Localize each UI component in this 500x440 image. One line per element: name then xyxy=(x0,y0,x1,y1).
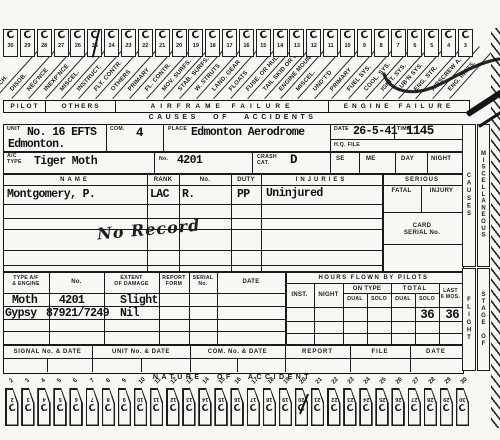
bottom-tab-19: 19C xyxy=(279,388,293,426)
date-label: DATE xyxy=(334,127,349,133)
top-tab-17: C17 xyxy=(222,29,237,57)
inst-header: INST. xyxy=(285,292,314,299)
injuries-header: INJURIES xyxy=(261,177,382,184)
punch-crescent-icon: C xyxy=(407,29,422,43)
grid-line xyxy=(141,358,142,372)
top-tab-number: 7 xyxy=(392,43,405,49)
bottom-tab-inverted-number: 30 xyxy=(457,396,468,402)
hq-file-label: H.Q. FILE xyxy=(334,143,360,149)
group-airframe-failure: AIRFRAME FAILURE xyxy=(115,100,330,113)
punch-crescent-icon: C xyxy=(247,402,260,415)
top-tab-number: 23 xyxy=(122,43,135,49)
bottom-tab-inner: 14C xyxy=(200,390,211,425)
top-tab-number: 21 xyxy=(156,43,169,49)
punch-crescent-icon: C xyxy=(424,29,439,43)
crash-cat-value: D xyxy=(290,154,297,167)
bottom-tab-inverted-number: 22 xyxy=(329,396,340,402)
person-rank-value: LAC xyxy=(150,189,169,201)
punch-crescent-icon: C xyxy=(376,402,389,415)
injury-header: INJURY xyxy=(421,188,462,195)
bottom-tab-inverted-number: 29 xyxy=(441,396,452,402)
grid-line xyxy=(3,173,462,175)
top-tab-13: C13 xyxy=(289,29,304,57)
grid-line xyxy=(285,271,287,345)
top-tab-7: C7 xyxy=(391,29,406,57)
bottom-tab-inner: 4C xyxy=(39,390,50,425)
top-tab-number: 19 xyxy=(189,43,202,49)
punch-crescent-icon: C xyxy=(306,29,321,43)
bottom-tab-11: 11C xyxy=(150,388,164,426)
bottom-tab-inner: 30C xyxy=(457,390,468,425)
bottom-tab-inner: 7C xyxy=(87,390,98,425)
bottom-tab-inverted-number: 28 xyxy=(425,396,436,402)
fatal-header: FATAL xyxy=(382,188,421,195)
bottom-tab-inverted-number: 2 xyxy=(7,396,18,402)
card-serial-label-1: CARD xyxy=(382,223,462,230)
bottom-tab-15: 15C xyxy=(214,388,228,426)
date-ref-header: DATE xyxy=(410,349,462,356)
top-tab-5: C5 xyxy=(424,29,439,57)
punch-crescent-icon: C xyxy=(340,29,355,43)
top-tab-number: 29 xyxy=(21,43,34,49)
top-tab-number: 26 xyxy=(71,43,84,49)
grid-line xyxy=(285,307,462,308)
top-tab-number: 24 xyxy=(105,43,118,49)
person-injuries-value: Uninjured xyxy=(266,188,323,200)
grid-line xyxy=(285,283,462,284)
grid-line xyxy=(3,331,285,332)
causes-vertical-strip: CAUSES xyxy=(462,124,476,267)
bottom-tab-2: 2C xyxy=(5,388,19,426)
bottom-tab-inverted-number: 8 xyxy=(103,396,114,402)
punch-crescent-icon: C xyxy=(21,402,34,415)
bottom-tab-inverted-number: 5 xyxy=(55,396,66,402)
top-tab-9: C9 xyxy=(357,29,372,57)
punch-crescent-icon: C xyxy=(256,29,271,43)
top-tab-number: 22 xyxy=(139,43,152,49)
bottom-tab-inner: 12C xyxy=(168,390,179,425)
punch-crescent-icon: C xyxy=(272,29,287,43)
total-solo-header: SOLO xyxy=(415,297,439,303)
bottom-tab-inner: 22C xyxy=(329,390,340,425)
punch-crescent-icon: C xyxy=(440,402,453,415)
bottom-tab-inverted-number: 27 xyxy=(409,396,420,402)
bottom-tab-inner: 19C xyxy=(280,390,291,425)
top-tab-30: C30 xyxy=(3,29,18,57)
top-tab-number: 27 xyxy=(55,43,68,49)
bottom-tab-inner: 16C xyxy=(232,390,243,425)
top-tab-number: 10 xyxy=(341,43,354,49)
punch-crescent-icon: C xyxy=(121,29,136,43)
right-edge-punch-stripes xyxy=(491,28,500,428)
bottom-tab-inner: 21C xyxy=(312,390,323,425)
bottom-tab-inner: 2C xyxy=(7,390,18,425)
punch-crescent-icon: C xyxy=(171,29,186,43)
grid-line xyxy=(395,151,396,173)
bottom-tab-8: 8C xyxy=(102,388,116,426)
file-header: FILE xyxy=(350,349,410,356)
ac-type-value: Tiger Moth xyxy=(34,156,97,168)
bottom-tab-27: 27C xyxy=(408,388,422,426)
bottom-tab-22: 22C xyxy=(327,388,341,426)
day-label: DAY xyxy=(401,156,414,163)
bottom-tab-inner: 18C xyxy=(264,390,275,425)
bottom-tab-16: 16C xyxy=(230,388,244,426)
bottom-tab-9: 9C xyxy=(118,388,132,426)
punch-crescent-icon: C xyxy=(138,29,153,43)
punch-crescent-icon: C xyxy=(289,29,304,43)
punch-crescent-icon: C xyxy=(279,402,292,415)
grid-line xyxy=(231,173,232,272)
top-tab-6: C6 xyxy=(407,29,422,57)
person-duty-value: PP xyxy=(237,189,250,201)
top-tab-number: 14 xyxy=(274,43,287,49)
me-label: ME xyxy=(366,156,376,163)
punch-crescent-icon: C xyxy=(327,402,340,415)
bottom-tab-inverted-number: 25 xyxy=(377,396,388,402)
bottom-tab-inverted-number: 19 xyxy=(280,396,291,402)
date-value: 26-5-41 xyxy=(353,126,397,138)
top-tab-4: C4 xyxy=(441,29,456,57)
bottom-tab-13: 13C xyxy=(182,388,196,426)
punch-crescent-icon: C xyxy=(3,29,18,43)
bottom-tab-3: 3C xyxy=(21,388,35,426)
person-name-value: Montgomery, P. xyxy=(7,189,95,201)
bottom-tab-inverted-number: 16 xyxy=(232,396,243,402)
com-value: 4 xyxy=(136,127,143,140)
punch-crescent-icon: C xyxy=(86,402,99,415)
top-tab-number: 3 xyxy=(459,43,472,49)
punch-crescent-icon: C xyxy=(343,402,356,415)
punch-crescent-icon: C xyxy=(205,29,220,43)
top-tab-19: C19 xyxy=(188,29,203,57)
top-tab-11: C11 xyxy=(323,29,338,57)
bottom-tab-12: 12C xyxy=(166,388,180,426)
damage-type-row2: Gypsy xyxy=(5,308,37,320)
top-tab-21: C21 xyxy=(155,29,170,57)
bottom-tab-4: 4C xyxy=(37,388,51,426)
grid-line xyxy=(47,358,48,372)
punch-crescent-icon: C xyxy=(188,29,203,43)
on-type-dual-header: DUAL xyxy=(343,297,367,303)
punch-crescent-icon: C xyxy=(104,29,119,43)
bottom-tab-7: 7C xyxy=(86,388,100,426)
top-tab-number: 18 xyxy=(206,43,219,49)
night-header: NIGHT xyxy=(314,292,343,299)
group-pilot: PILOT xyxy=(3,100,47,113)
crash-cat-label-2: CAT. xyxy=(257,161,269,167)
grid-line xyxy=(106,124,107,151)
top-tab-27: C27 xyxy=(54,29,69,57)
report-header: REPORT xyxy=(285,349,350,356)
bottom-tab-25: 25C xyxy=(375,388,389,426)
top-tab-number: 28 xyxy=(38,43,51,49)
top-tab-3: C3 xyxy=(458,29,473,57)
top-tab-10: C10 xyxy=(340,29,355,57)
se-label: SE xyxy=(336,156,345,163)
bottom-tab-14: 14C xyxy=(198,388,212,426)
extent-header-2: OF DAMAGE xyxy=(104,282,159,288)
bottom-tab-18: 18C xyxy=(263,388,277,426)
top-tab-23: C23 xyxy=(121,29,136,57)
unit-label: UNIT xyxy=(7,127,20,133)
punch-crescent-icon: C xyxy=(456,402,469,415)
top-tab-number: 6 xyxy=(408,43,421,49)
bottom-tab-6: 6C xyxy=(69,388,83,426)
report-form-header-2: FORM xyxy=(159,282,189,288)
punch-crescent-icon: C xyxy=(70,29,85,43)
grid-line xyxy=(3,271,462,273)
hours-title: HOURS FLOWN BY PILOTS xyxy=(285,275,462,282)
causes-of-accidents-title: CAUSES OF ACCIDENTS xyxy=(3,114,462,121)
bottom-tab-5: 5C xyxy=(53,388,67,426)
last-6-mos-value: 36 xyxy=(440,309,459,322)
punch-crescent-icon: C xyxy=(374,29,389,43)
damage-no-row2: 87921/7249 xyxy=(46,308,109,320)
grid-line xyxy=(3,151,462,153)
top-tab-15: C15 xyxy=(256,29,271,57)
top-tab-8: C8 xyxy=(374,29,389,57)
ac-no-value: 4201 xyxy=(177,155,202,167)
top-tab-number: 11 xyxy=(324,43,337,49)
damage-extent-row2: Nil xyxy=(120,308,139,320)
person-no-value: R. xyxy=(182,189,195,201)
punch-crescent-icon: C xyxy=(54,402,67,415)
last-6-mos-header-2: 6 MOS. xyxy=(439,295,462,301)
top-tab-number: 9 xyxy=(358,43,371,49)
name-header: NAME xyxy=(3,177,147,184)
punch-crescent-icon: C xyxy=(222,29,237,43)
com-label: COM. xyxy=(110,127,125,133)
ac-no-label: No. xyxy=(159,157,168,163)
serious-header: SERIOUS xyxy=(382,177,462,184)
night-label: NIGHT xyxy=(431,156,451,163)
bottom-tab-inner: 25C xyxy=(377,390,388,425)
punch-crescent-icon: C xyxy=(458,29,473,43)
punch-crescent-icon: C xyxy=(118,402,131,415)
top-tab-number: 20 xyxy=(173,43,186,49)
top-tab-14: C14 xyxy=(273,29,288,57)
grid-line xyxy=(3,265,382,266)
bottom-tab-inverted-number: 15 xyxy=(216,396,227,402)
punch-crescent-icon: C xyxy=(37,29,52,43)
grid-line xyxy=(285,321,462,322)
grid-line xyxy=(285,333,462,334)
miscellaneous-vertical-strip: MISCELLANEOUS xyxy=(477,124,490,267)
bottom-tab-inverted-number: 11 xyxy=(151,396,162,402)
damage-no-header: No. xyxy=(49,279,104,286)
bottom-tab-inner: 13C xyxy=(184,390,195,425)
bottom-tab-inverted-number: 13 xyxy=(184,396,195,402)
signal-no-date-header: SIGNAL No. & DATE xyxy=(3,349,92,356)
total-solo-value: 36 xyxy=(414,309,434,322)
top-tab-number: 15 xyxy=(257,43,270,49)
bottom-tab-inverted-number: 21 xyxy=(312,396,323,402)
bottom-tab-inner: 23C xyxy=(345,390,356,425)
top-tab-number: 8 xyxy=(375,43,388,49)
bottom-tab-inner: 8C xyxy=(103,390,114,425)
punch-crescent-icon: C xyxy=(37,402,50,415)
place-value: Edmonton Aerodrome xyxy=(191,127,304,139)
duty-header: DUTY xyxy=(231,177,261,184)
grid-line xyxy=(330,151,331,173)
top-tab-number: 12 xyxy=(307,43,320,49)
punch-crescent-icon: C xyxy=(408,402,421,415)
bottom-tab-inner: 15C xyxy=(216,390,227,425)
place-label: PLACE xyxy=(168,127,187,133)
punch-crescent-icon: C xyxy=(166,402,179,415)
bottom-tab-inverted-number: 18 xyxy=(264,396,275,402)
top-tab-number: 17 xyxy=(223,43,236,49)
bottom-tab-inverted-number: 24 xyxy=(361,396,372,402)
grid-line xyxy=(330,139,462,140)
punch-crescent-icon: C xyxy=(198,402,211,415)
punch-crescent-icon: C xyxy=(263,402,276,415)
top-tab-number: 5 xyxy=(425,43,438,49)
bottom-tab-inverted-number: 4 xyxy=(39,396,50,402)
grid-line xyxy=(382,244,462,245)
punch-crescent-icon: C xyxy=(182,402,195,415)
bottom-tab-inner: 27C xyxy=(409,390,420,425)
punch-crescent-icon: C xyxy=(150,402,163,415)
top-tab-number: 13 xyxy=(290,43,303,49)
bottom-tab-26: 26C xyxy=(391,388,405,426)
causes-vertical-label: CAUSES xyxy=(466,173,472,219)
bottom-tab-inner: 28C xyxy=(425,390,436,425)
bottom-tab-inner: 29C xyxy=(441,390,452,425)
punch-crescent-icon: C xyxy=(134,402,147,415)
punch-crescent-icon: C xyxy=(311,402,324,415)
bottom-tab-inverted-number: 26 xyxy=(393,396,404,402)
bottom-tab-inner: 17C xyxy=(248,390,259,425)
punch-crescent-icon: C xyxy=(231,402,244,415)
grid-line xyxy=(252,151,253,173)
time-value: 1145 xyxy=(406,125,434,138)
bottom-tab-29: 29C xyxy=(440,388,454,426)
bottom-tab-17: 17C xyxy=(247,388,261,426)
on-type-solo-header: SOLO xyxy=(367,297,391,303)
top-tab-26: C26 xyxy=(70,29,85,57)
flight-vertical-label: FLIGHT xyxy=(466,297,472,343)
damage-date-header: DATE xyxy=(217,279,285,286)
com-no-date-header: COM. No. & DATE xyxy=(190,349,285,356)
bottom-tab-inverted-number: 23 xyxy=(345,396,356,402)
stage-of-vertical-strip: STAGE OF xyxy=(477,268,490,371)
bottom-tab-inverted-number: 10 xyxy=(135,396,146,402)
bottom-tab-10: 10C xyxy=(134,388,148,426)
punch-crescent-icon: C xyxy=(20,29,35,43)
person-no-header: No. xyxy=(179,177,231,184)
top-tab-number: 30 xyxy=(4,43,17,49)
bottom-tab-inner: 3C xyxy=(23,390,34,425)
punch-crescent-icon: C xyxy=(357,29,372,43)
bottom-tab-inverted-number: 17 xyxy=(248,396,259,402)
type-af-header-2: & ENGINE xyxy=(3,282,49,288)
punch-crescent-icon: C xyxy=(239,29,254,43)
grid-line xyxy=(330,124,331,151)
on-type-header: ON TYPE xyxy=(343,286,391,293)
damage-extent-row1: Slight xyxy=(120,295,158,307)
top-tab-18: C18 xyxy=(205,29,220,57)
bottom-tab-inverted-number: 9 xyxy=(119,396,130,402)
top-tab-22: C22 xyxy=(138,29,153,57)
top-tab-24: C24 xyxy=(104,29,119,57)
miscellaneous-vertical-label: MISCELLANEOUS xyxy=(481,151,487,239)
punch-crescent-icon: C xyxy=(424,402,437,415)
bottom-tab-30: 30C xyxy=(456,388,470,426)
punch-crescent-icon: C xyxy=(102,402,115,415)
grid-line xyxy=(3,344,462,346)
top-tab-20: C20 xyxy=(172,29,187,57)
grid-line xyxy=(3,250,382,251)
bottom-tab-inverted-number: 14 xyxy=(200,396,211,402)
grid-line xyxy=(427,151,428,173)
flight-vertical-strip: FLIGHT xyxy=(462,268,476,371)
group-engine-failure: ENGINE FAILURE xyxy=(328,100,470,113)
accident-record-card: C30TECH.C29DISOB.C28NEG'NCEC27INEXP'NCEC… xyxy=(0,0,500,440)
unit-no-date-header: UNIT No. & DATE xyxy=(92,349,190,356)
bottom-tab-inner: 24C xyxy=(361,390,372,425)
punch-crescent-icon: C xyxy=(53,29,68,43)
serial-no-header-2: No. xyxy=(189,282,217,288)
bottom-tab-inner: 26C xyxy=(393,390,404,425)
punch-crescent-icon: C xyxy=(390,29,405,43)
bottom-tab-inverted-number: 12 xyxy=(168,396,179,402)
bottom-tab-inverted-number: 3 xyxy=(23,396,34,402)
punch-crescent-icon: C xyxy=(441,29,456,43)
bottom-tab-inner: 10C xyxy=(135,390,146,425)
bottom-tab-inverted-number: 6 xyxy=(71,396,82,402)
bottom-tab-inner: 5C xyxy=(55,390,66,425)
bottom-tab-23: 23C xyxy=(343,388,357,426)
bottom-tab-24: 24C xyxy=(359,388,373,426)
grid-line xyxy=(154,151,155,173)
punch-crescent-icon: C xyxy=(155,29,170,43)
punch-crescent-icon: C xyxy=(215,402,228,415)
group-others: OTHERS xyxy=(45,100,117,113)
punch-crescent-icon: C xyxy=(359,402,372,415)
top-tab-12: C12 xyxy=(306,29,321,57)
stage-of-vertical-label: STAGE OF xyxy=(481,292,487,348)
top-tab-number: 4 xyxy=(442,43,455,49)
grid-line xyxy=(261,173,262,272)
punch-crescent-icon: C xyxy=(323,29,338,43)
grid-line xyxy=(237,358,238,372)
grid-line xyxy=(3,204,382,205)
top-tab-number: 16 xyxy=(240,43,253,49)
total-header: TOTAL xyxy=(391,286,439,293)
damage-type-row1: Moth xyxy=(12,295,37,307)
bottom-tab-inner: 6C xyxy=(71,390,82,425)
punch-crescent-icon: C xyxy=(70,402,83,415)
bottom-tab-inverted-number: 7 xyxy=(87,396,98,402)
card-serial-label-2: SERIAL No. xyxy=(382,230,462,237)
top-tab-16: C16 xyxy=(239,29,254,57)
bottom-tab-21: 21C xyxy=(311,388,325,426)
grid-line xyxy=(3,358,462,359)
punch-crescent-icon: C xyxy=(392,402,405,415)
top-tab-29: C29 xyxy=(20,29,35,57)
bottom-tab-inner: 11C xyxy=(151,390,162,425)
grid-line xyxy=(163,124,164,151)
total-dual-header: DUAL xyxy=(391,297,415,303)
grid-line xyxy=(359,151,360,173)
rank-header: RANK xyxy=(147,177,179,184)
bottom-tab-28: 28C xyxy=(424,388,438,426)
damage-no-row1: 4201 xyxy=(59,295,84,307)
bottom-tab-inner: 9C xyxy=(119,390,130,425)
grid-line xyxy=(3,185,462,186)
